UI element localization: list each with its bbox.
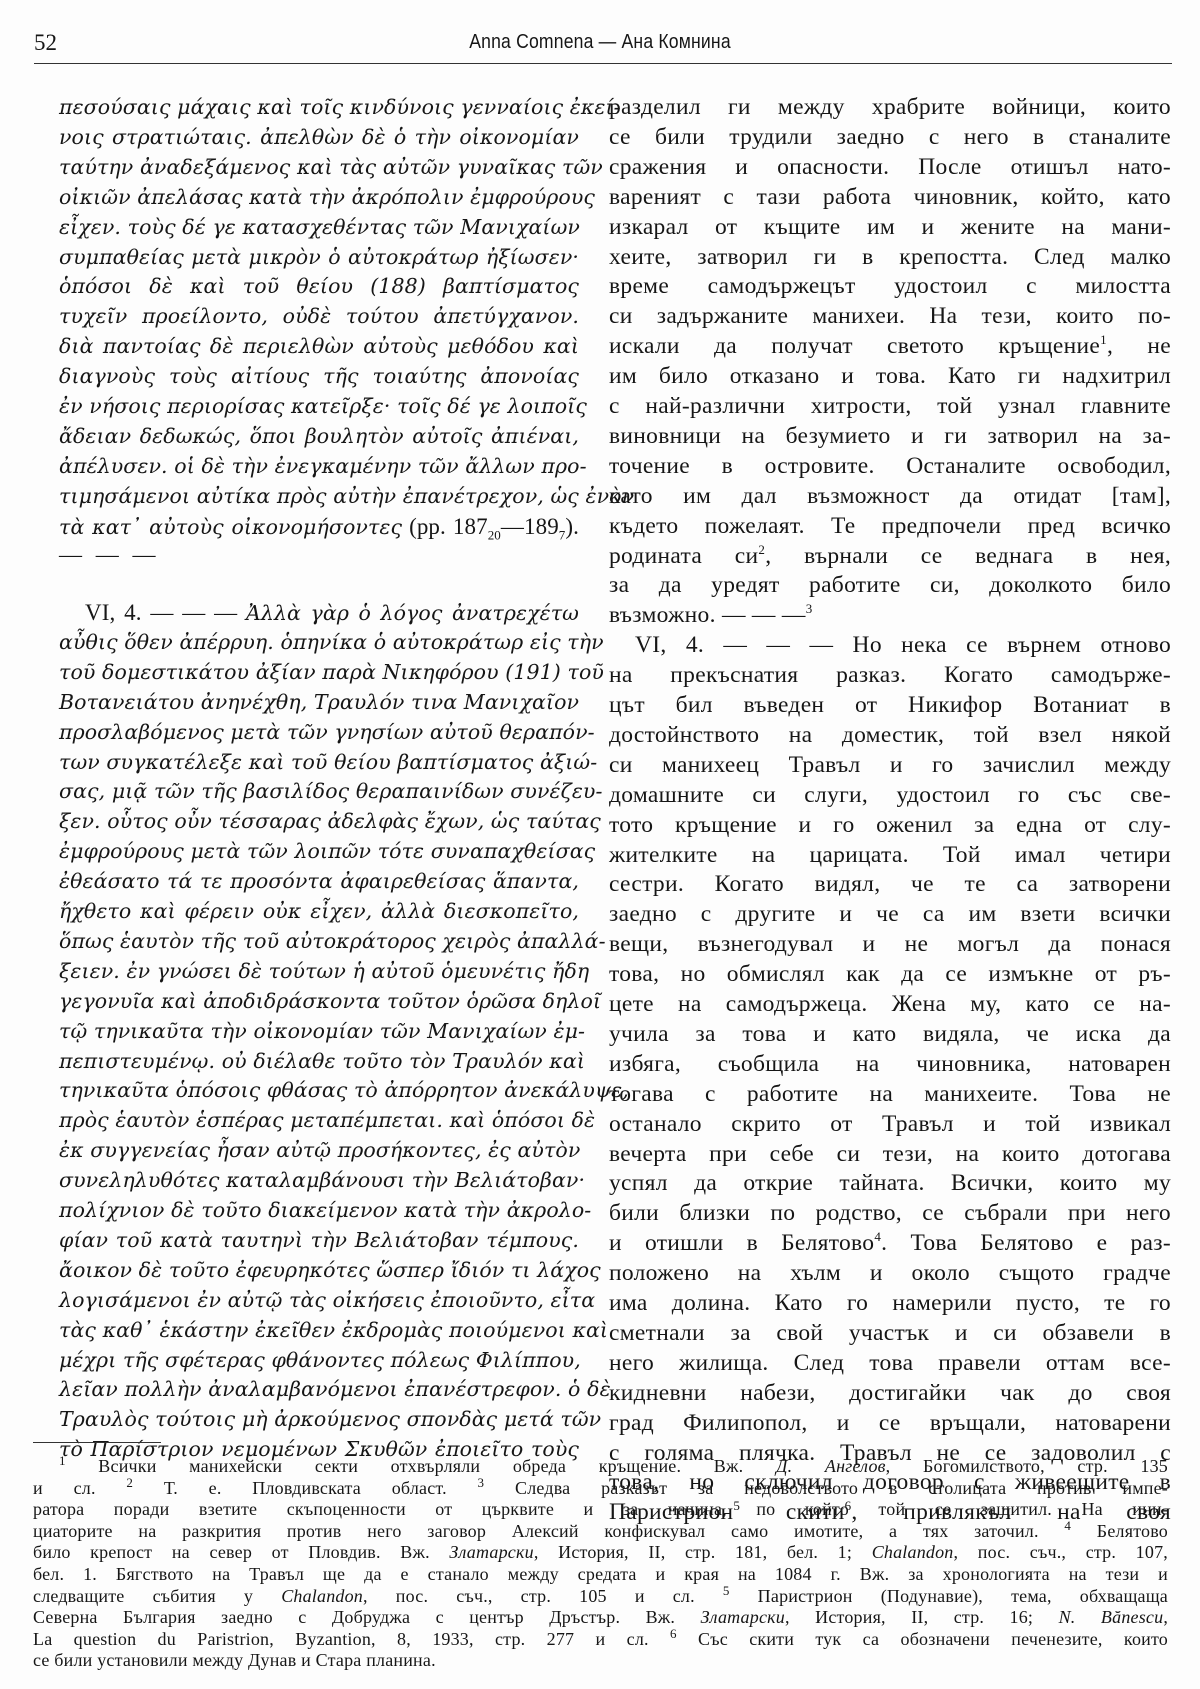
bulgarian-text-line: виновници на безумието и ги затворил на … [609,423,1171,453]
greek-text-line: Τραυλὸς τούτοις μὴ ἀρκούμενος σπονδὰς με… [59,1407,579,1437]
footnote-line: следващите събития у Chalandon, пос. съч… [33,1586,1168,1608]
document-page: 52 Anna Comnena — Ана Комнина πεσούσαις … [0,0,1200,1689]
bulgarian-text-line: учила за това и като видяла, че иска да [609,1021,1171,1051]
greek-text-line: ἐθεάσατο τά τε προσόντα ἀφαιρεθείσας ἅπα… [59,869,579,899]
footnote-line: ратора поради взетите скъпоценности от ц… [33,1499,1168,1521]
bulgarian-text-line: изкарал от къщите им и жените на мани- [609,214,1171,244]
bulgarian-text-line: достойнството на доместик, той взел няко… [609,722,1171,752]
greek-text-line: γεγονυῖα καὶ ἀποδιδράσκοντα τοῦτον ὁρῶσα… [59,989,579,1019]
bulgarian-text-line: им било отказано и това. Като ги надхитр… [609,363,1171,393]
greek-text-line: τὰς καθ᾽ ἑκάστην ἐκεῖθεν ἐκδρομὰς ποιούμ… [59,1318,579,1348]
greek-text-line: τηνικαῦτα ὁπόσοις φθάσας τὸ ἀπόρρητον ἀν… [59,1078,579,1108]
greek-text-line: τυχεῖν προείλοντο, οὐδὲ τούτου ἀπετύγχαν… [59,304,579,334]
greek-text-line: πολίχνιον δὲ τοῦτο διακείμενον κατὰ τὴν … [59,1198,579,1228]
bulgarian-text-line: вечерта при себе си тези, на които дотог… [609,1141,1171,1171]
running-title: Anna Comnena — Ана Комнина [72,31,1128,54]
bulgarian-text-line: него жилища. След това правели оттам все… [609,1350,1171,1380]
bulgarian-text-line: това, но обмислял как да се измъкне от р… [609,961,1171,991]
footnote-line: La question du Paristrion, Byzantion, 8,… [33,1629,1168,1651]
bulgarian-text-line: кидневни набези, достигайки чак до своя [609,1380,1171,1410]
greek-text-line: εἶχεν. τοὺς δέ γε κατασχεθέντας τῶν Μανι… [59,215,579,245]
greek-text-line: σας, μιᾷ τῶν τῆς βασιλίδος θεραπαινίδων … [59,779,579,809]
bulgarian-text-line: има долина. Като го намерили пусто, те г… [609,1290,1171,1320]
bulgarian-text-line: заедно с другите и че са им взети всички [609,901,1171,931]
bulgarian-text-line: разделил ги между храбрите войници, коит… [609,94,1171,124]
greek-text-line: πρὸς ἑαυτὸν ἑσπέρας μεταπέμπεται. καὶ ὁπ… [59,1108,579,1138]
greek-text-line: διαγνοὺς τοὺς αἰτίους τῆς τοιαύτης ἀπονο… [59,364,579,394]
bulgarian-text-line: хеите, затворил ги в крепостта. След мал… [609,244,1171,274]
greek-text-line: ἐμφρούρους μετὰ τῶν λοιπῶν τότε συναπαχθ… [59,839,579,869]
bulgarian-text-line: VI, 4. — — — Но нека се върнем отново [609,632,1171,662]
bulgarian-text-line: тогава с работите на манихеите. Това не [609,1081,1171,1111]
bulgarian-text-line: сестри. Когато видял, че те са затворени [609,871,1171,901]
bulgarian-text-line: тото кръщение и го оженил за една от слу… [609,812,1171,842]
bulgarian-text-line: останало скрито от Травъл и той извикал [609,1111,1171,1141]
greek-text-line: VI, 4. — — — Ἀλλὰ γὰρ ὁ λόγος ἀνατρεχέτω [59,600,579,630]
bulgarian-text-line: за да уредят работите си, доколкото било [609,572,1171,602]
bulgarian-text-line: били близки по родство, се събрали при н… [609,1200,1171,1230]
greek-text-line: τὰ κατ᾽ αὐτοὺς οἰκονομήσοντες (pp. 18720… [59,514,579,544]
bulgarian-text-line: домашните си слуги, удостоил го със све- [609,782,1171,812]
greek-text-line: φίαν τοῦ κατὰ ταυτηνὶ τὴν Βελιάτοβαν τέμ… [59,1228,579,1258]
footnote-rule [33,1442,161,1443]
bulgarian-text-line: жителките на царицата. Той имал четири [609,842,1171,872]
greek-text-line: συμπαθείας μετὰ μικρὸν ὁ αὐτοκράτωρ ἠξίω… [59,245,579,275]
greek-text-line: αὖθις ὅθεν ἀπέρρυη. ὁπηνίκα ὁ αὐτοκράτωρ… [59,630,579,660]
greek-text-line: πεπιστευμένῳ. οὐ διέλαθε τοῦτο τὸν Τραυλ… [59,1049,579,1079]
greek-text-line: προσλαβόμενος μετὰ τῶν γνησίων αὐτοῦ θερ… [59,720,579,750]
greek-text-line: ἐκ συγγενείας ἦσαν αὐτῷ προσήκοντες, ἐς … [59,1138,579,1168]
footnote-line: бел. 1. Бягството на Травъл ще да е стан… [33,1564,1168,1586]
greek-text-line: ἀπέλυσεν. οἱ δὲ τὴν ἐνεγκαμένην τῶν ἄλλω… [59,454,579,484]
section-end-dashes: — — — [59,542,579,572]
bulgarian-text-line: успял да открие тайната. Всички, които м… [609,1170,1171,1200]
bulgarian-text-line: цът бил въведен от Никифор Вотаниат в [609,692,1171,722]
footnote-line: и сл. 2 Т. е. Пловдивската област. 3 Сле… [33,1478,1168,1500]
greek-text-line: νοις στρατιώταις. ἀπελθὼν δὲ ὁ τὴν οἰκον… [59,125,579,155]
greek-text-line: ἤχθετο καὶ φέρειν οὐκ εἶχεν, ἀλλὰ διεσκο… [59,899,579,929]
bulgarian-text-line: си задържаните манихеи. На тези, които п… [609,303,1171,333]
greek-text-line: πεσούσαις μάχαις καὶ τοῖς κινδύνοις γενν… [59,95,579,125]
greek-text-line: λεῖαν πολλὴν ἀναλαμβανόμενοι ἐπανέστρεφο… [59,1377,579,1407]
greek-text-line: ξεν. οὗτος οὖν τέσσαρας ἀδελφὰς ἔχων, ὡς… [59,809,579,839]
greek-text-line: ἄοικον δὲ τοῦτο ἐφευρηκότες ὥσπερ ἴδιόν … [59,1258,579,1288]
footnote-line: 1 Всички манихейски секти отхвърляли обр… [33,1456,1168,1478]
greek-text-line: ξειεν. ἐν γνώσει δὲ τούτων ἡ αὐτοῦ ὁμευν… [59,959,579,989]
greek-text-line: τῷ τηνικαῦτα τὴν οἰκονομίαν τῶν Μανιχαίω… [59,1019,579,1049]
bulgarian-text-line: възможно. — — —3 [609,602,1171,632]
greek-text-line: ὁπόσοι δὲ καὶ τοῦ θείου (188) βαπτίσματο… [59,274,579,304]
bulgarian-text-line: искали да получат светото кръщение1, не [609,333,1171,363]
greek-text-line: ὅπως ἑαυτὸν τῆς τοῦ αὐτοκράτορος χειρὸς … [59,929,579,959]
header-rule [34,63,1172,64]
greek-text-line: Βοτανειάτου ἀνηνέχθη, Τραυλόν τινα Μανιχ… [59,690,579,720]
bulgarian-text-line: на прекъснатия разказ. Когато самодърже- [609,662,1171,692]
greek-text-line: των συγκατέλεξε καὶ τοῦ θείου βαπτίσματο… [59,750,579,780]
greek-text-line: διὰ παντοίας δὲ περιελθὼν αὐτοὺς μεθόδου… [59,334,579,364]
bulgarian-text-line: като им дал възможност да отидат [там], [609,483,1171,513]
bulgarian-text-line: град Филипопол, и се връщали, натоварени [609,1410,1171,1440]
greek-text-line: ἄδειαν δεδωκώς, ὅποι βουλητὸν αὐτοῖς ἀπι… [59,424,579,454]
page-number: 52 [34,30,57,56]
greek-text-line: οἰκιῶν ἀπελάσας κατὰ τὴν ἀκρόπολιν ἐμφρο… [59,185,579,215]
greek-text-line: τιμησάμενοι αὐτίκα πρὸς αὐτὴν ἐπανέτρεχο… [59,484,579,514]
bulgarian-text-line: си манихеец Травъл и го зачислил между [609,752,1171,782]
footnote-line: циаторите на разкрития против него загов… [33,1521,1168,1543]
greek-text-line: τοῦ δομεστικάτου ἀξίαν παρὰ Νικηφόρου (1… [59,660,579,690]
bulgarian-text-line: с най-различни хитрости, той узнал главн… [609,393,1171,423]
footnote-line: било крепост на север от Пловдив. Вж. Зл… [33,1542,1168,1564]
greek-text-line: ταύτην ἀναδεξάμενος καὶ τὰς αὐτῶν γυναῖκ… [59,155,579,185]
bulgarian-text-line: родината си2, върнали се веднага в нея, [609,543,1171,573]
greek-text-line: λογισάμενοι ἐν αὐτῷ τὰς οἰκήσεις ἐποιοῦν… [59,1288,579,1318]
bulgarian-text-line: сражения и опасности. После отишъл нато- [609,154,1171,184]
footnote-line: се били установили между Дунав и Стара п… [33,1650,1168,1672]
bulgarian-text-line: и отишли в Белятово4. Това Белятово е ра… [609,1230,1171,1260]
greek-text-line: ἐν νήσοις περιορίσας κατεῖρξε· τοῖς δέ γ… [59,394,579,424]
greek-text-line: μέχρι τῆς σφέτερας φθάνοντες πόλεως Φιλί… [59,1348,579,1378]
bulgarian-text-line: се били трудили заедно с него в станалит… [609,124,1171,154]
bulgarian-text-line: избяга, съобщила на чиновника, натоварен [609,1051,1171,1081]
greek-text-line: συνεληλυθότες καταλαμβάνουσι τὴν Βελιάτο… [59,1168,579,1198]
bulgarian-text-line: сметнали за свой участък и си обзавели в [609,1320,1171,1350]
bulgarian-text-line: точение в островите. Останалите освободи… [609,453,1171,483]
bulgarian-text-line: време самодържецът удостоил с милостта [609,273,1171,303]
bulgarian-text-line: където пожелаят. Те предпочели пред всич… [609,513,1171,543]
bulgarian-text-line: вещи, възнегодувал и не могъл да понася [609,931,1171,961]
bulgarian-text-line: вареният с тази работа чиновник, който, … [609,184,1171,214]
bulgarian-text-line: положено на хълм и около същото градче [609,1260,1171,1290]
bulgarian-text-line: цете на самодържеца. Жена му, като се на… [609,991,1171,1021]
footnote-line: Северна България заедно с Добруджа с цен… [33,1607,1168,1629]
